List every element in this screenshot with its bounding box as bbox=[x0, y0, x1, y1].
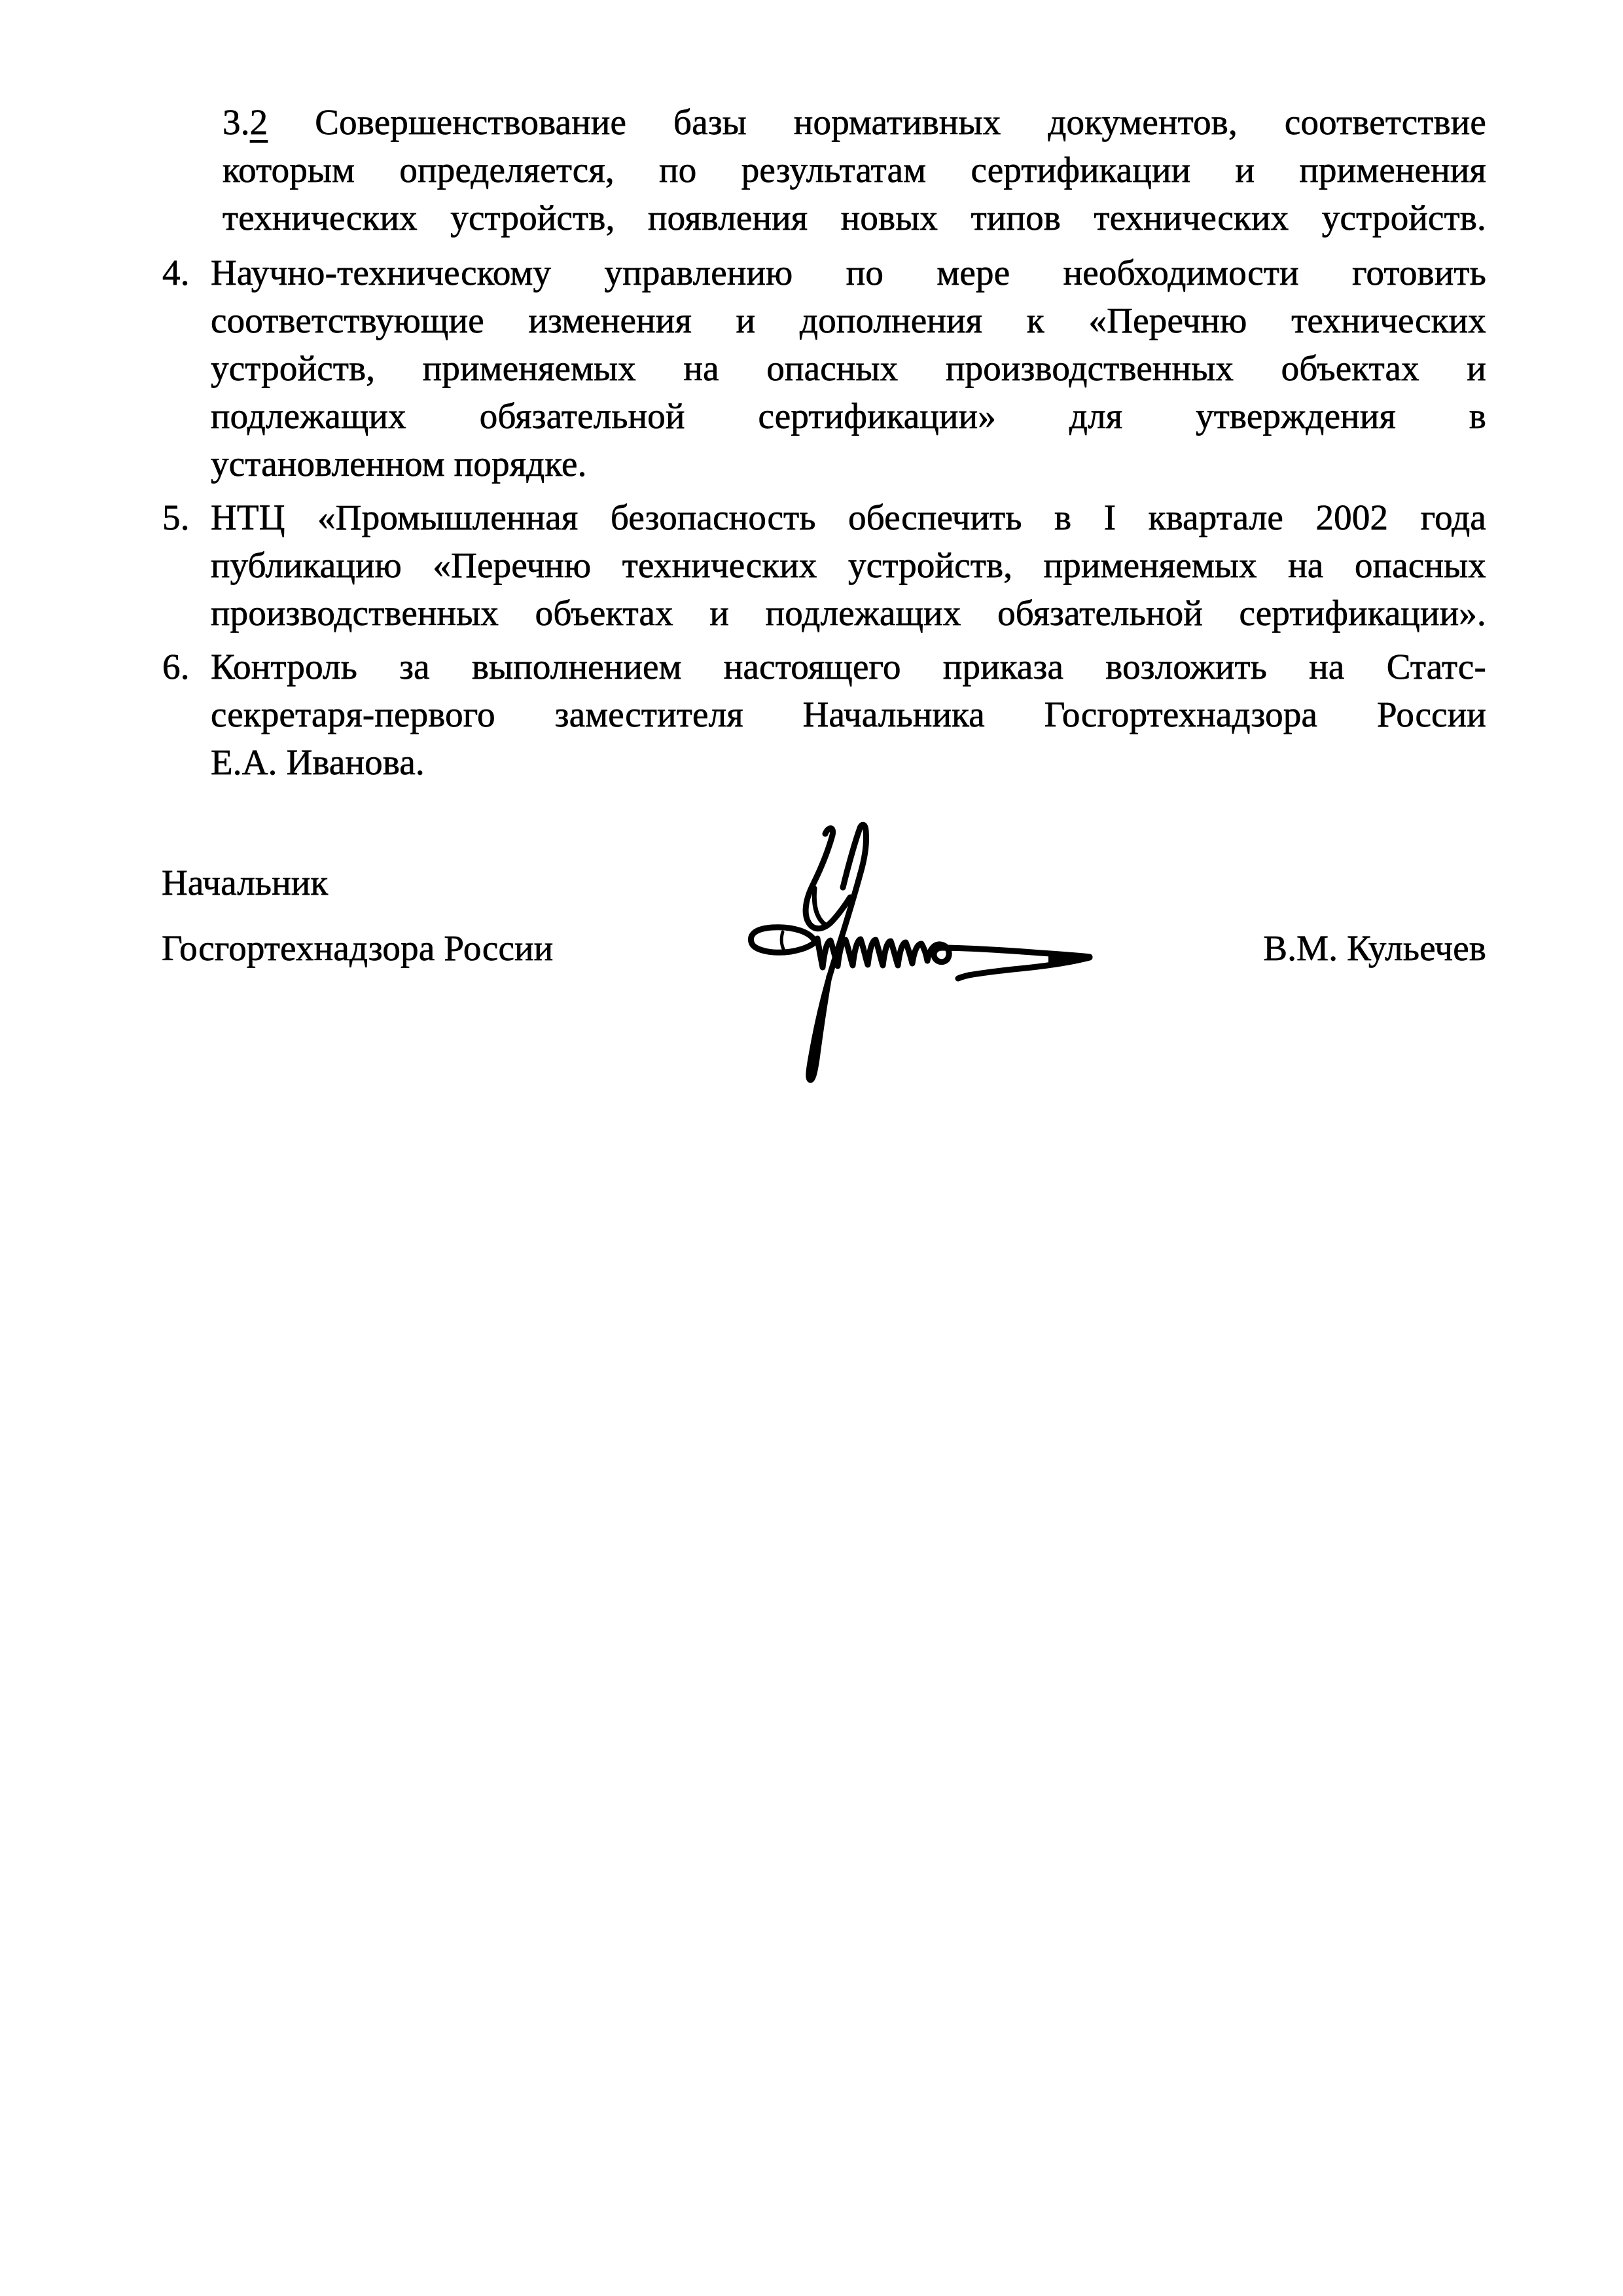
item-number: 5. bbox=[162, 493, 190, 541]
order-item: 5.НТЦ «Промышленная безопасность обеспеч… bbox=[211, 493, 1486, 637]
text-line: которым определяется, по результатам сер… bbox=[223, 146, 1486, 194]
order-item: 6.Контроль за выполнением настоящего при… bbox=[211, 643, 1486, 786]
document-page: 3.2 Совершенствование базы нормативных д… bbox=[0, 0, 1623, 2296]
text-line: публикацию «Перечню технических устройст… bbox=[211, 541, 1486, 589]
text-line: соответствующие изменения и дополнения к… bbox=[211, 296, 1486, 344]
clause-3-2: 3.2 Совершенствование базы нормативных д… bbox=[223, 98, 1486, 242]
text-line: технических устройств, появления новых т… bbox=[223, 194, 1486, 242]
signoff-title-text: Начальник bbox=[162, 863, 328, 903]
clause-3-2-continuation: которым определяется, по результатам сер… bbox=[223, 146, 1486, 242]
item-number: 4. bbox=[162, 249, 190, 296]
clause-number: 3.2 bbox=[223, 102, 268, 142]
text-line: Контроль за выполнением настоящего прика… bbox=[211, 643, 1486, 691]
text-line: 3.2 Совершенствование базы нормативных д… bbox=[223, 98, 1486, 146]
signoff-title-line1: Начальник bbox=[162, 859, 328, 906]
clause-number-prefix: 3. bbox=[223, 102, 250, 142]
text-line: Е.А. Иванова. bbox=[211, 738, 1486, 786]
signer-name-text: В.М. Кульечев bbox=[1263, 928, 1486, 968]
text-line: Научно-техническому управлению по мере н… bbox=[211, 249, 1486, 296]
clause-number-underlined: 2 bbox=[250, 102, 268, 142]
signoff-title-line2: Госгортехнадзора России bbox=[162, 924, 553, 972]
text-line: установленном порядке. bbox=[211, 440, 1486, 488]
item-number: 6. bbox=[162, 643, 190, 691]
signer-name: В.М. Кульечев bbox=[1113, 924, 1486, 972]
numbered-items: 4.Научно-техническому управлению по мере… bbox=[211, 249, 1486, 792]
order-item: 4.Научно-техническому управлению по мере… bbox=[211, 249, 1486, 488]
text-line: секретаря-первого заместителя Начальника… bbox=[211, 691, 1486, 738]
clause-first-line-text: Совершенствование базы нормативных докум… bbox=[315, 102, 1486, 142]
text-line: подлежащих обязательной сертификации» дл… bbox=[211, 392, 1486, 440]
text-line: производственных объектах и подлежащих о… bbox=[211, 589, 1486, 637]
text-line: НТЦ «Промышленная безопасность обеспечит… bbox=[211, 493, 1486, 541]
signoff-org-text: Госгортехнадзора России bbox=[162, 928, 553, 968]
text-line: устройств, применяемых на опасных произв… bbox=[211, 344, 1486, 392]
